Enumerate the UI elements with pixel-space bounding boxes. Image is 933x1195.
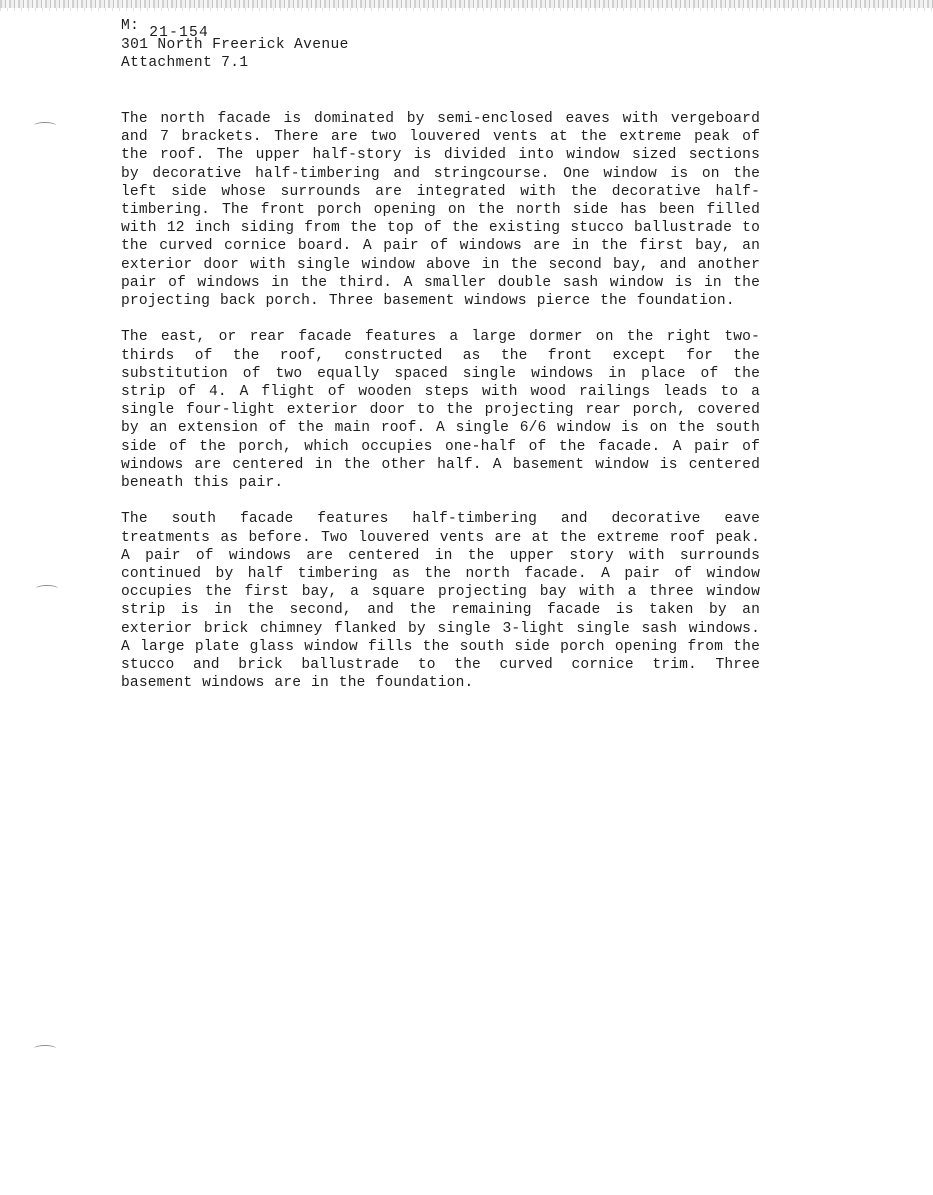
paragraph-north-facade: The north facade is dominated by semi-en… (121, 110, 760, 310)
map-number: 21-154 (149, 24, 209, 43)
map-label: M: (121, 18, 139, 34)
paragraph-east-facade: The east, or rear facade features a larg… (121, 328, 760, 492)
document-body: The north facade is dominated by semi-en… (121, 110, 760, 711)
scan-noise-top-edge-fringe (0, 8, 933, 11)
paragraph-south-facade: The south facade features half-timbering… (121, 510, 760, 692)
scan-noise-top-edge (0, 0, 933, 8)
attachment-label: Attachment 7.1 (121, 55, 249, 71)
document-header: M:21-154 301 North Freerick Avenue Attac… (121, 17, 349, 73)
margin-mark (36, 585, 58, 592)
margin-mark (34, 1045, 56, 1052)
margin-mark (34, 122, 56, 129)
